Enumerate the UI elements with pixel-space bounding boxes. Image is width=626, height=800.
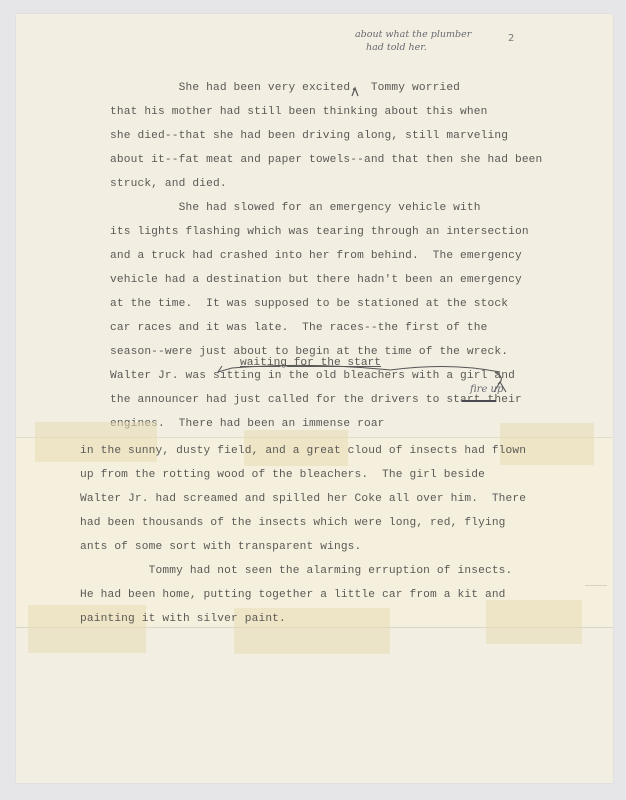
text-line: at the time. It was supposed to be stati… [110, 298, 508, 310]
text-line: and a truck had crashed into her from be… [110, 250, 522, 262]
text-line: ants of some sort with transparent wings… [80, 541, 361, 553]
tape-strip [486, 600, 582, 644]
handwritten-insert-line-1: about what the plumber [355, 29, 471, 40]
text-line: car races and it was late. The races--th… [110, 322, 488, 334]
folded-corner [585, 585, 607, 616]
text-line: had been thousands of the insects which … [80, 517, 506, 529]
text-line: she died--that she had been driving alon… [110, 130, 508, 142]
handwritten-replacement: fire up [470, 384, 503, 395]
text-line: She had been very excited. Tommy worried [110, 82, 460, 94]
text-line: He had been home, putting together a lit… [80, 589, 506, 601]
page-number: 2 [508, 33, 514, 44]
tape-strip [500, 423, 594, 465]
text-line: painting it with silver paint. [80, 613, 286, 625]
text-line: its lights flashing which was tearing th… [110, 226, 529, 238]
text-line: that his mother had still been thinking … [110, 106, 488, 118]
strikethrough-start [462, 400, 496, 402]
text-line: She had slowed for an emergency vehicle … [110, 202, 481, 214]
text-line: Walter Jr. had screamed and spilled her … [80, 493, 526, 505]
text-line: Tommy had not seen the alarming erruptio… [80, 565, 512, 577]
handwritten-insert-line-2: had told her. [366, 42, 427, 53]
text-line: in the sunny, dusty field, and a great c… [80, 445, 526, 457]
text-line: struck, and died. [110, 178, 227, 190]
text-line: up from the rotting wood of the bleacher… [80, 469, 485, 481]
text-line: about it--fat meat and paper towels--and… [110, 154, 542, 166]
text-line: vehicle had a destination but there hadn… [110, 274, 522, 286]
